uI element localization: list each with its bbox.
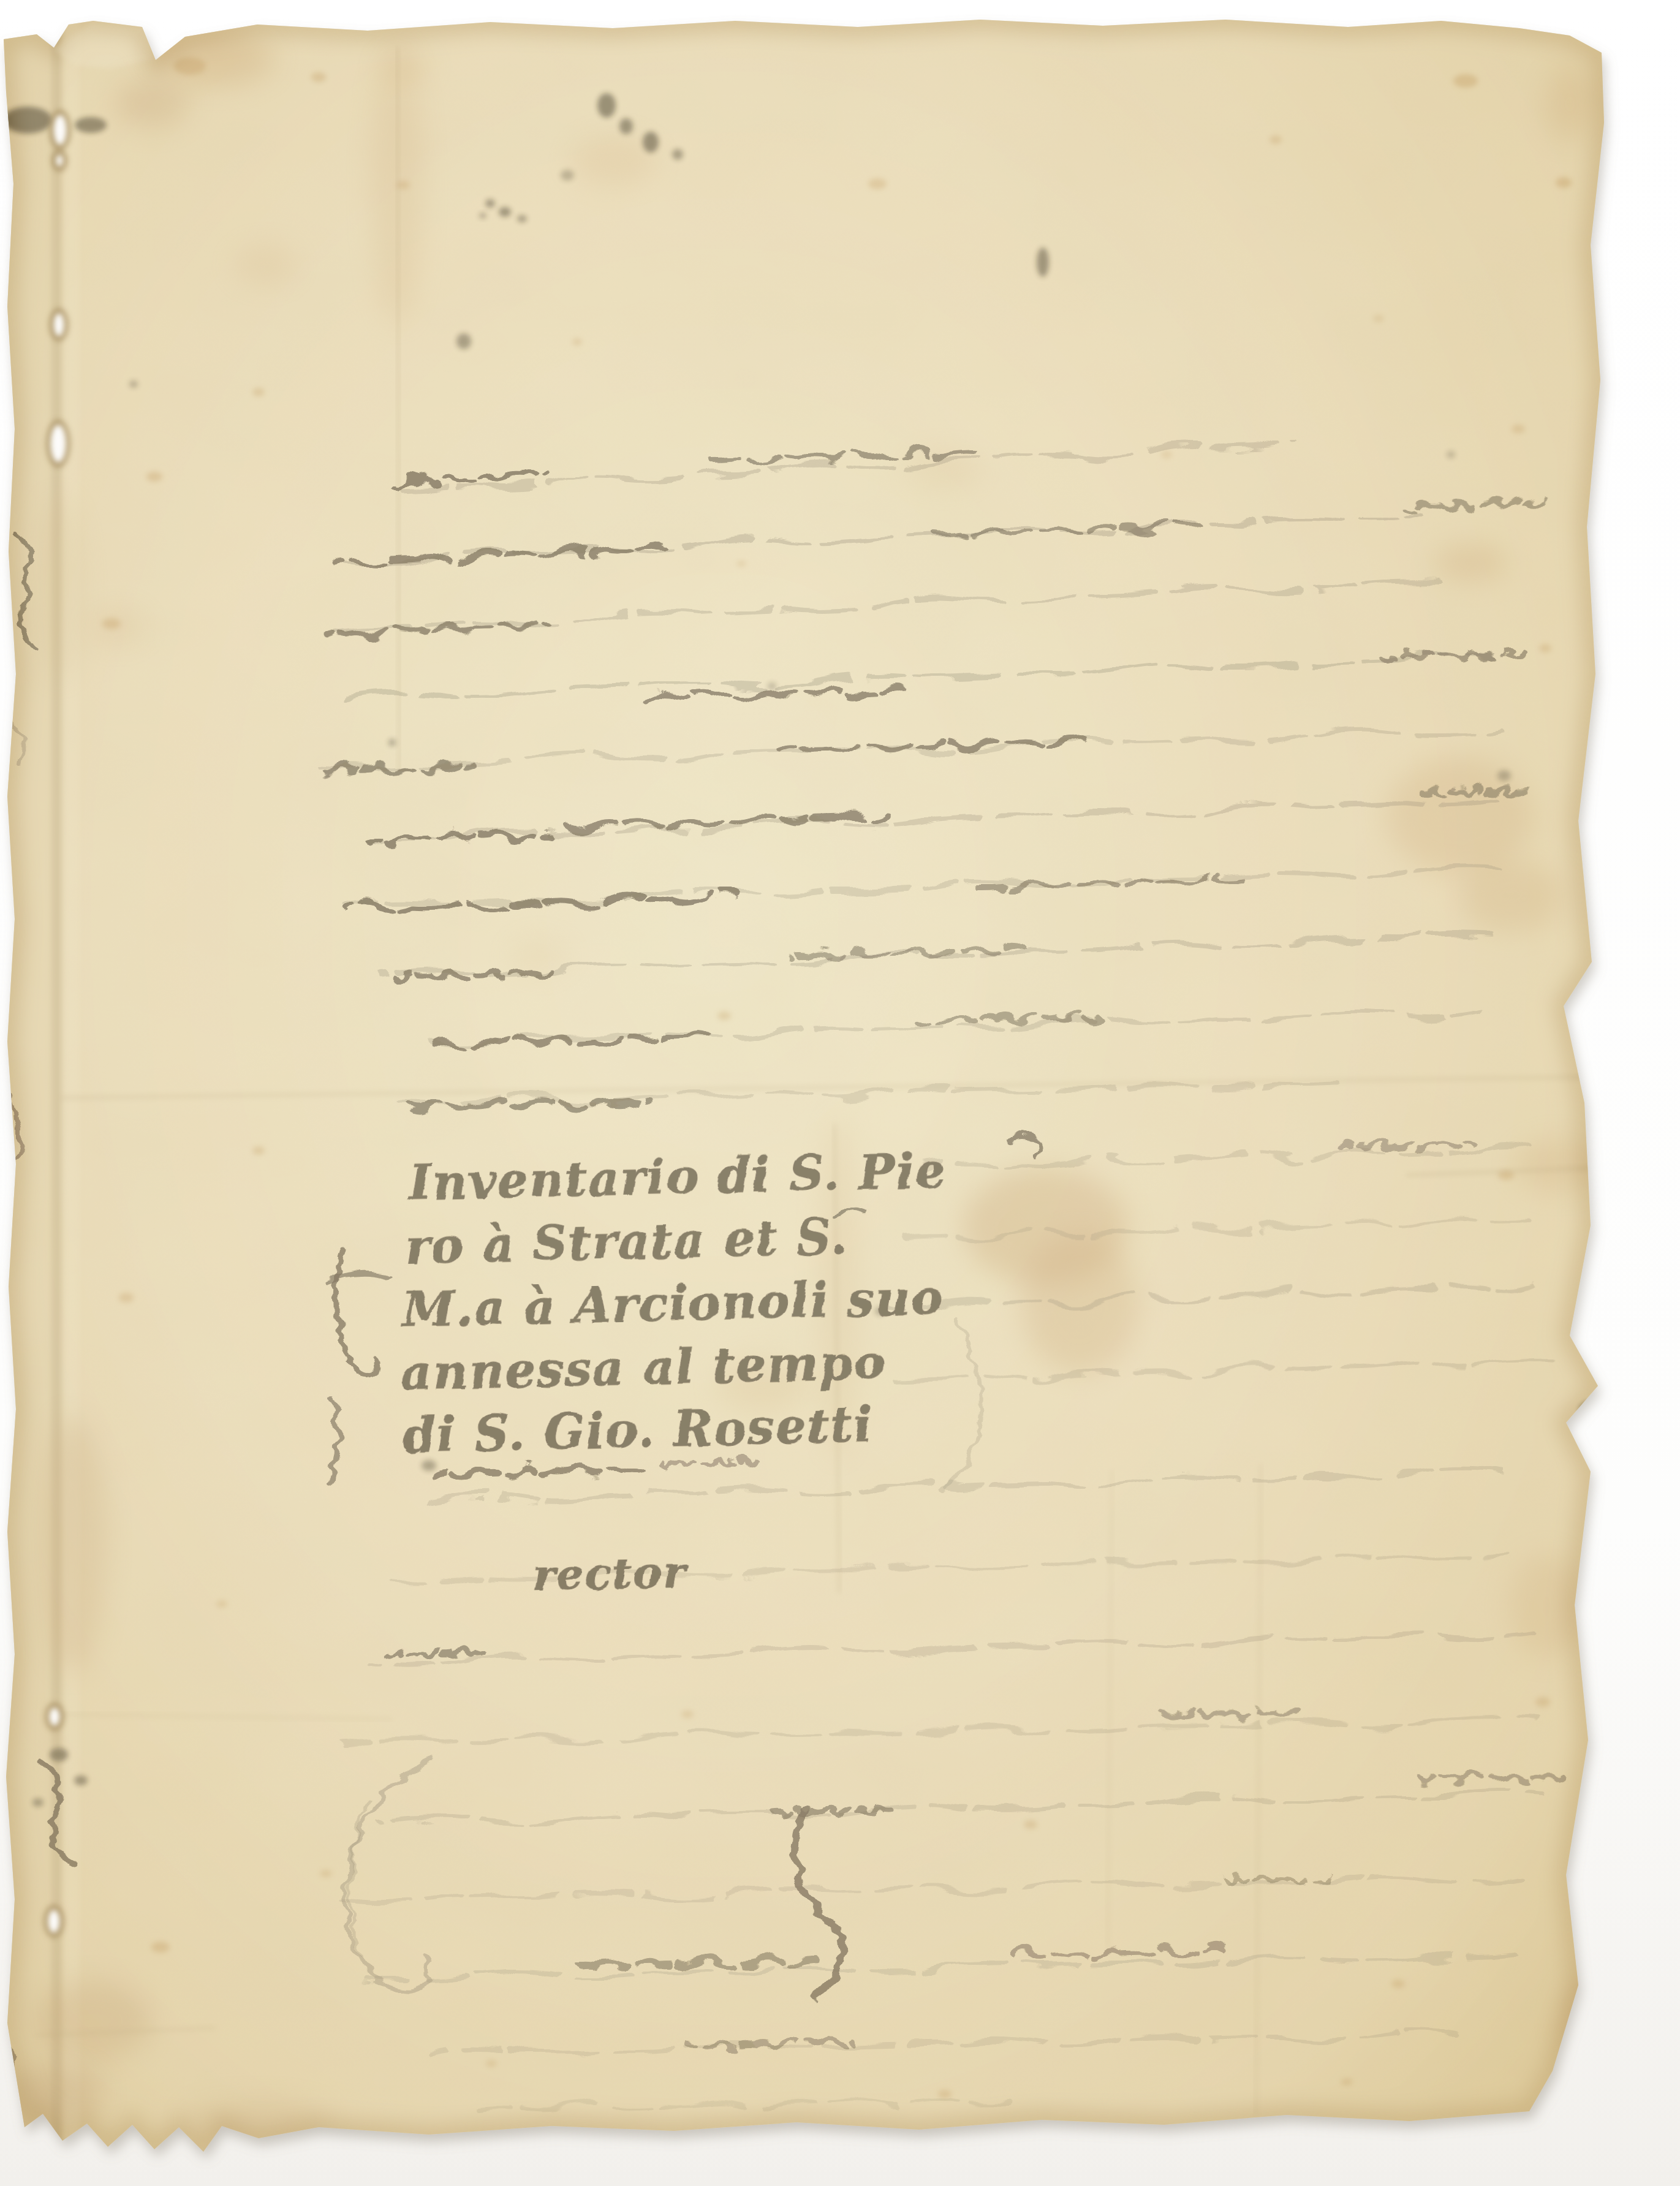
edge-vignette [4, 20, 1604, 2152]
stitching-hole [54, 115, 66, 145]
stitching-hole [51, 425, 66, 462]
stitching-hole [56, 155, 62, 166]
scanned-document: Inventario di S. Pie ro à Strata et S. M… [0, 0, 1680, 2186]
stitching-hole [54, 314, 64, 336]
stitching-hole [50, 1708, 59, 1725]
manuscript-scan-canvas: Inventario di S. Pie ro à Strata et S. M… [0, 0, 1680, 2186]
stitching-hole [48, 1910, 59, 1932]
